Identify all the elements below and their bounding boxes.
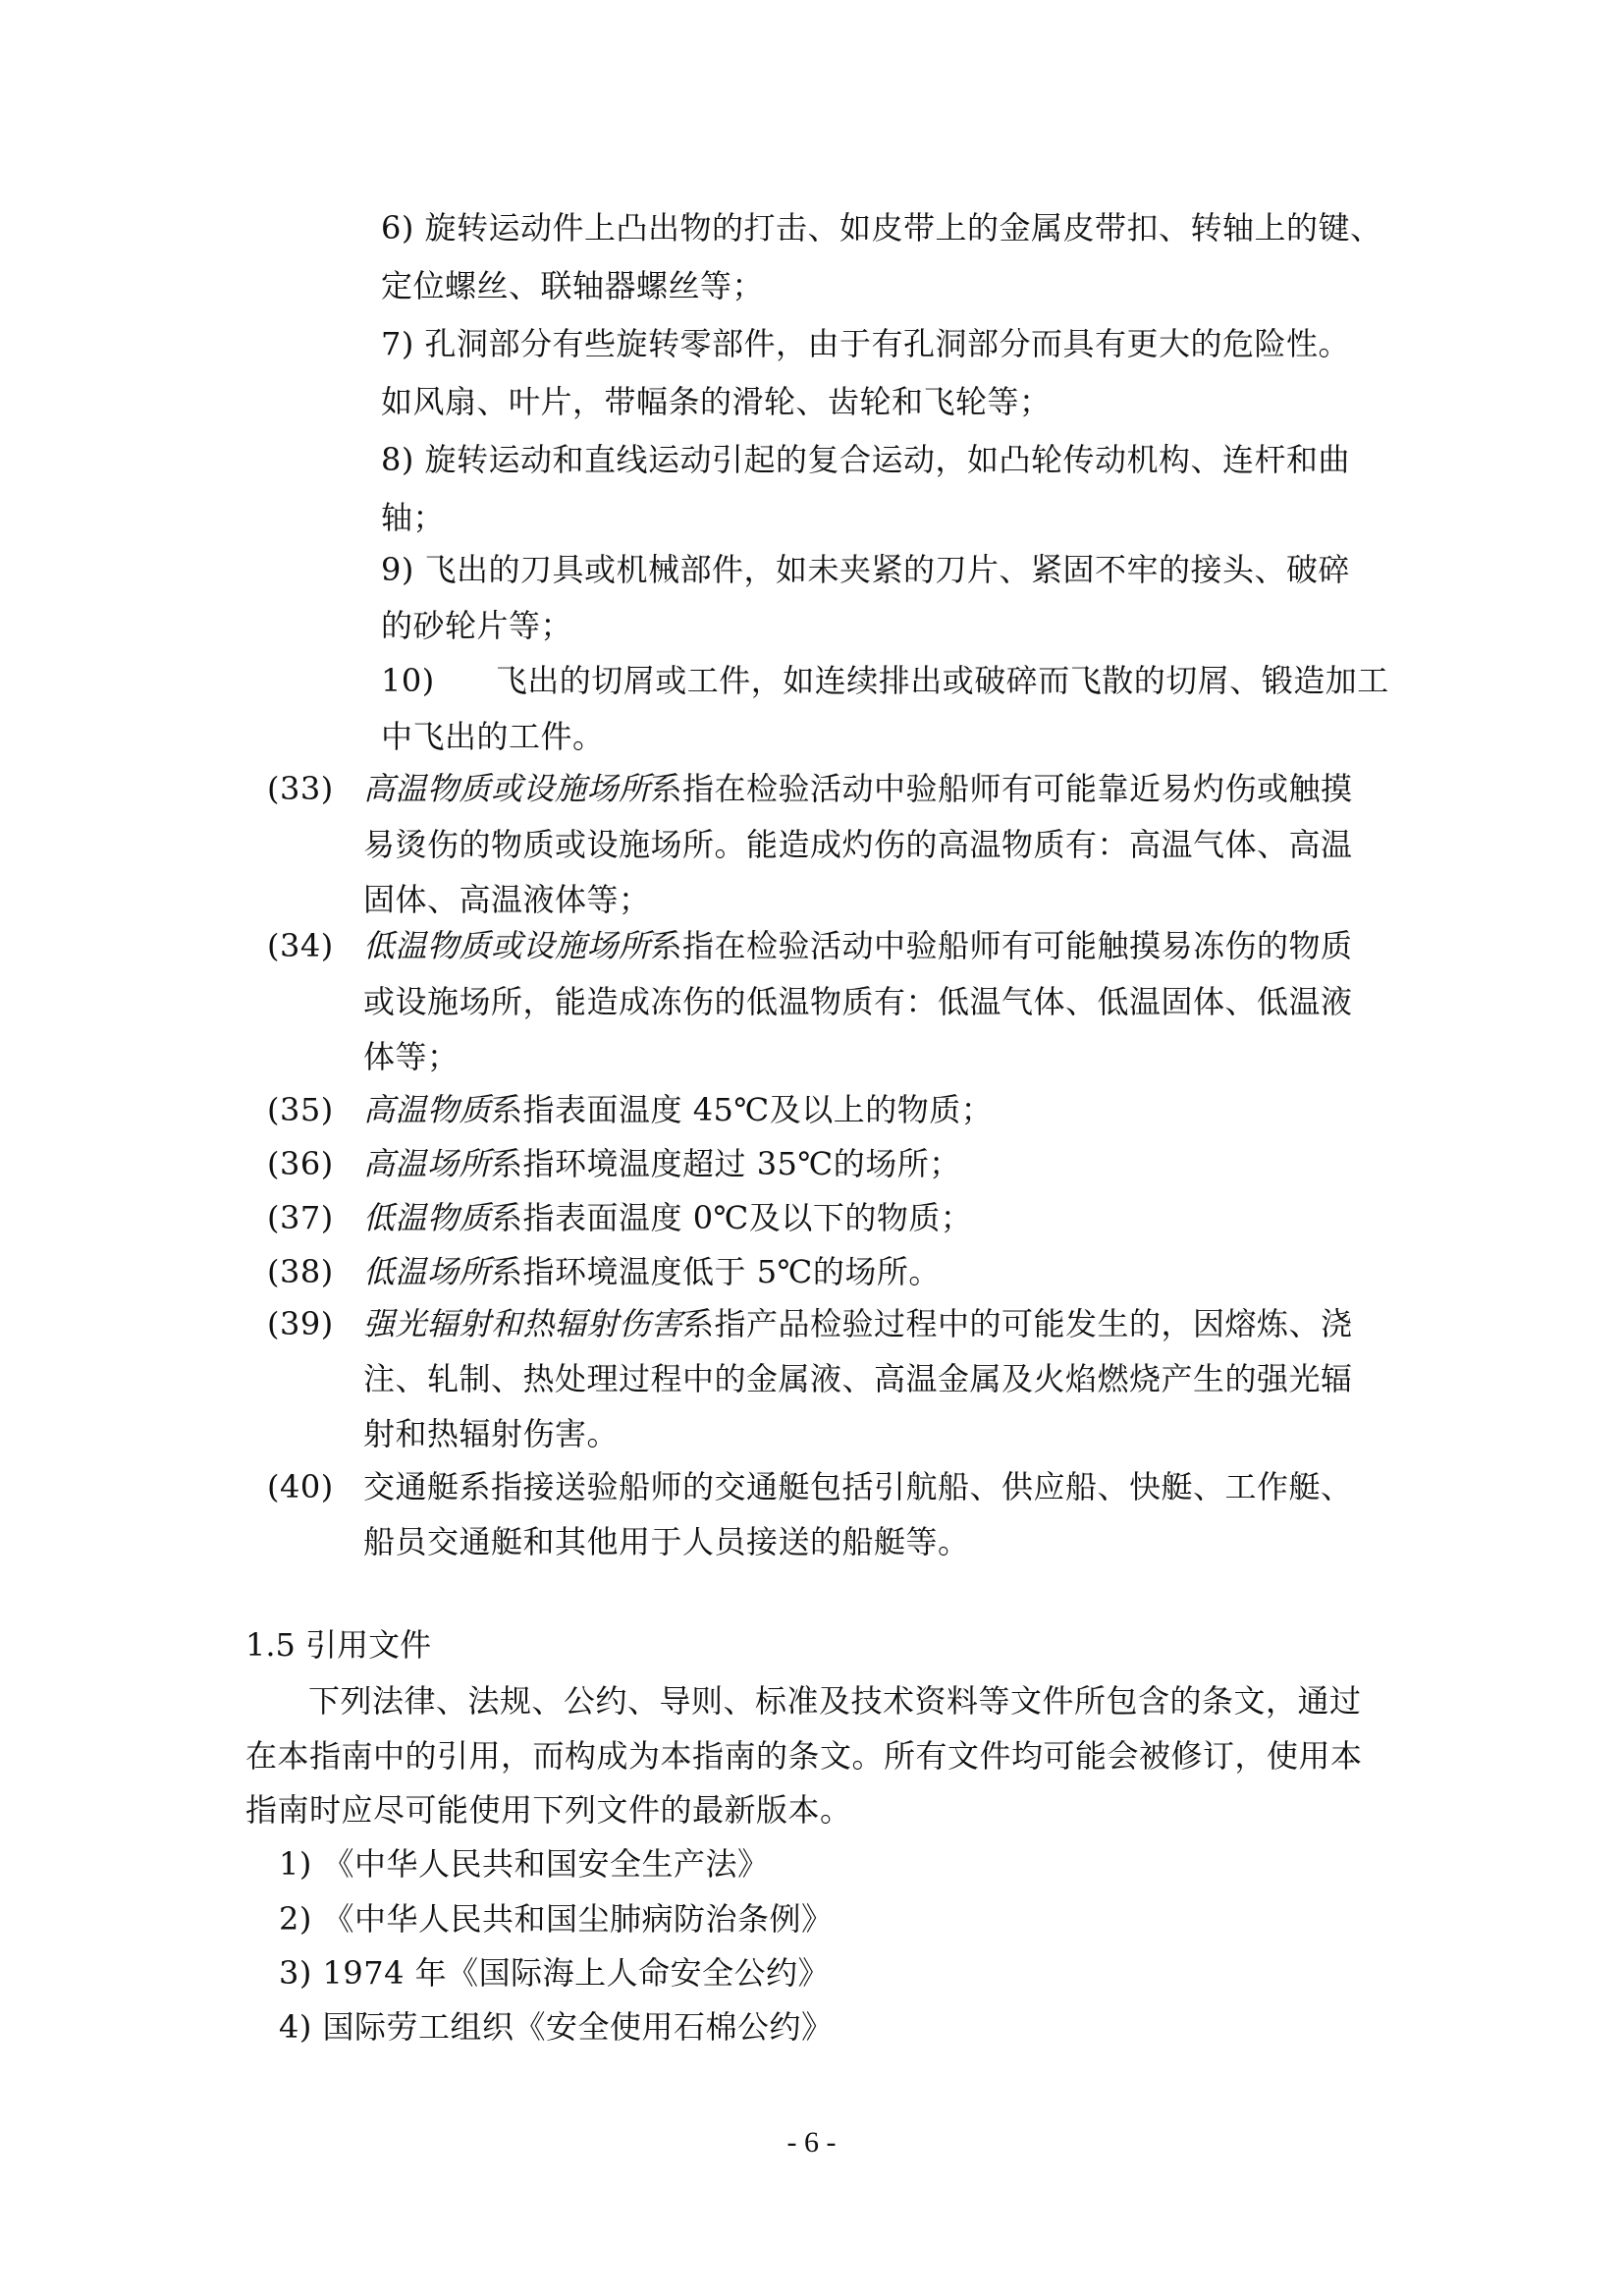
- definition-36-line-1: 高温场所系指环境温度超过 35℃的场所；: [363, 1144, 961, 1183]
- definition-39-line-2: 注、轧制、热处理过程中的金属液、高温金属及火焰燃烧产生的强光辐: [363, 1359, 1353, 1398]
- sub-item-10-text: 飞出的切屑或工件，如连续排出或破碎而飞散的切屑、锻造加工: [496, 662, 1389, 699]
- definition-33-line-3: 固体、高温液体等；: [363, 880, 651, 919]
- definition-34-line-2: 或设施场所，能造成冻伤的低温物质有：低温气体、低温固体、低温液: [363, 982, 1353, 1021]
- sub-item-9-line-2: 的砂轮片等；: [381, 606, 572, 645]
- definition-label: (35): [267, 1090, 334, 1129]
- definition-label: (34): [267, 926, 334, 965]
- definition-label: (38): [267, 1252, 334, 1291]
- section-paragraph-line-2: 在本指南中的引用，而构成为本指南的条文。所有文件均可能会被修订，使用本: [245, 1736, 1363, 1776]
- sub-item-9-line-1: 9) 飞出的刀具或机械部件，如未夹紧的刀片、紧固不牢的接头、破碎: [381, 550, 1350, 589]
- sub-item-8-line-1: 8) 旋转运动和直线运动引起的复合运动，如凸轮传动机构、连杆和曲: [381, 440, 1350, 479]
- sub-item-7-line-2: 如风扇、叶片，带幅条的滑轮、齿轮和飞轮等；: [381, 382, 1052, 421]
- section-paragraph-line-3: 指南时应尽可能使用下列文件的最新版本。: [245, 1790, 852, 1830]
- definition-label: (37): [267, 1198, 334, 1237]
- definition-40-line-1: 交通艇系指接送验船师的交通艇包括引航船、供应船、快艇、工作艇、: [363, 1467, 1353, 1506]
- definition-39-line-3: 射和热辐射伤害。: [363, 1414, 619, 1453]
- definition-34-line-1: 低温物质或设施场所系指在检验活动中验船师有可能触摸易冻伤的物质: [363, 926, 1353, 965]
- reference-item: 2) 《中华人民共和国尘肺病防治条例》: [279, 1899, 834, 1939]
- definition-33-line-1: 高温物质或设施场所系指在检验活动中验船师有可能靠近易灼伤或触摸: [363, 769, 1353, 808]
- definition-term: 高温物质或设施场所: [363, 770, 651, 807]
- sub-item-10-line-2: 中飞出的工件。: [381, 717, 605, 756]
- definition-label: (39): [267, 1304, 334, 1343]
- sub-item-6-line-2: 定位螺丝、联轴器螺丝等；: [381, 266, 764, 305]
- page-number: - 6 -: [0, 2125, 1623, 2160]
- sub-item-10-number: 10): [381, 662, 435, 699]
- definition-term: 低温物质或设施场所: [363, 927, 651, 964]
- definition-term: 低温场所: [363, 1253, 491, 1290]
- document-page: 6) 旋转运动件上凸出物的打击、如皮带上的金属皮带扣、转轴上的键、 定位螺丝、联…: [0, 0, 1623, 2296]
- reference-item: 3) 1974 年《国际海上人命安全公约》: [279, 1953, 830, 1993]
- definition-37-line-1: 低温物质系指表面温度 0℃及以下的物质；: [363, 1198, 972, 1237]
- section-paragraph-line-1: 下列法律、法规、公约、导则、标准及技术资料等文件所包含的条文，通过: [308, 1681, 1362, 1721]
- definition-34-line-3: 体等；: [363, 1037, 460, 1076]
- definition-35-line-1: 高温物质系指表面温度 45℃及以上的物质；: [363, 1090, 993, 1129]
- definition-term: 高温场所: [363, 1145, 491, 1182]
- definition-term: 高温物质: [363, 1091, 491, 1128]
- sub-item-6-line-1: 6) 旋转运动件上凸出物的打击、如皮带上的金属皮带扣、转轴上的键、: [381, 208, 1382, 247]
- definition-38-line-1: 低温场所系指环境温度低于 5℃的场所。: [363, 1252, 941, 1291]
- definition-39-line-1: 强光辐射和热辐射伤害系指产品检验过程中的可能发生的，因熔炼、浇: [363, 1304, 1353, 1343]
- sub-item-7-line-1: 7) 孔洞部分有些旋转零部件，由于有孔洞部分而具有更大的危险性。: [381, 324, 1350, 363]
- definition-label: (40): [267, 1467, 334, 1506]
- reference-item: 1) 《中华人民共和国安全生产法》: [279, 1844, 770, 1884]
- reference-item: 4) 国际劳工组织《安全使用石棉公约》: [279, 2007, 834, 2047]
- definition-40-line-2: 船员交通艇和其他用于人员接送的船艇等。: [363, 1522, 970, 1561]
- definition-33-line-2: 易烫伤的物质或设施场所。能造成灼伤的高温物质有：高温气体、高温: [363, 825, 1353, 864]
- definition-term: 低温物质: [363, 1199, 491, 1236]
- definition-term: 强光辐射和热辐射伤害: [363, 1305, 682, 1342]
- section-heading: 1.5 引用文件: [245, 1625, 431, 1665]
- sub-item-10-line-1: 10)飞出的切屑或工件，如连续排出或破碎而飞散的切屑、锻造加工: [381, 661, 1389, 700]
- definition-label: (33): [267, 769, 334, 808]
- sub-item-8-line-2: 轴；: [381, 498, 445, 537]
- definition-label: (36): [267, 1144, 334, 1183]
